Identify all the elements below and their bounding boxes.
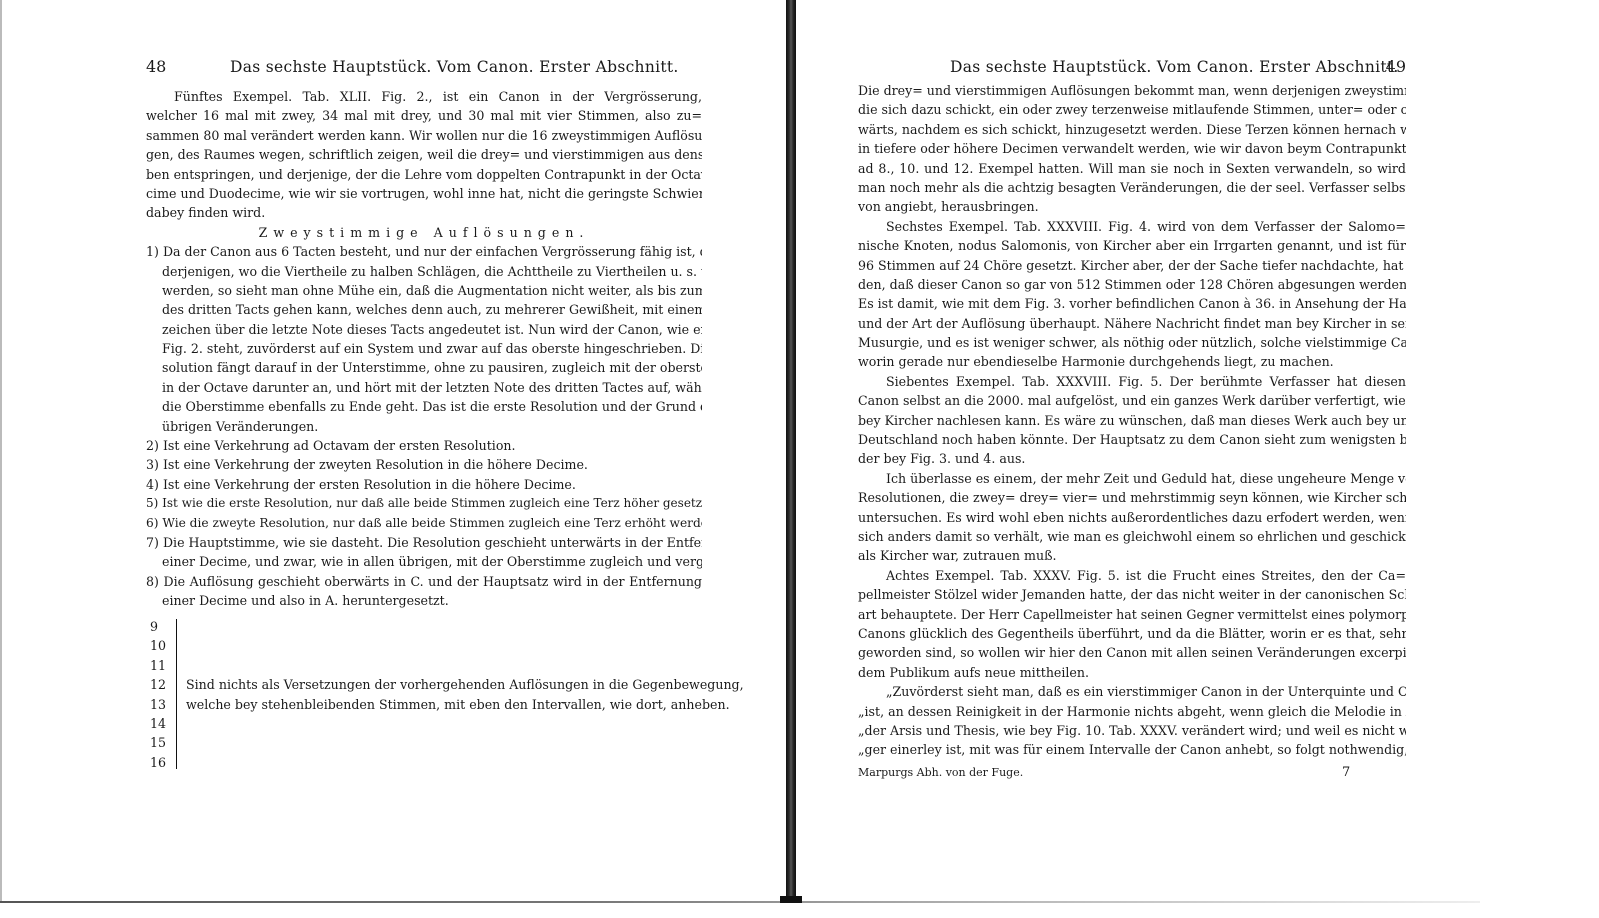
list-item-8: 8) Die Auflösung geschieht oberwärts in … — [146, 572, 702, 611]
text-line: geworden sind, so wollen wir hier den Ca… — [858, 643, 1406, 662]
text-line: wärts, nachdem es sich schickt, hinzuges… — [858, 120, 1406, 139]
text-line: Deutschland noch haben könnte. Der Haupt… — [858, 430, 1406, 449]
left-page-body: Fünftes Exempel. Tab. XLII. Fig. 2., ist… — [146, 87, 702, 611]
text-line: Sechstes Exempel. Tab. XXXVIII. Fig. 4. … — [858, 217, 1406, 236]
item-number: 9 — [150, 617, 158, 636]
item-number: 12 — [150, 675, 166, 694]
item-number: 4) — [146, 477, 159, 492]
text-line: „ger einerley ist, mit was für einem Int… — [858, 740, 1406, 759]
list-item-4: 4) Ist eine Verkehrung der ersten Resolu… — [146, 475, 702, 494]
paragraph-quote: „Zuvörderst sieht man, daß es ein vierst… — [858, 682, 1406, 760]
text-line: Fünftes Exempel. Tab. XLII. Fig. 2., ist… — [146, 87, 702, 106]
text-line: welche bey stehenbleibenden Stimmen, mit… — [186, 695, 730, 714]
text-line: nische Knoten, nodus Salomonis, von Kirc… — [858, 236, 1406, 255]
text-line: Canons glücklich des Gegentheils überfüh… — [858, 624, 1406, 643]
item-number: 7) — [146, 535, 159, 550]
text-line: ad 8., 10. und 12. Exempel hatten. Will … — [858, 159, 1406, 178]
item-number: 10 — [150, 636, 166, 655]
section-heading: Zweystimmige Auflösungen. — [146, 223, 702, 242]
list-item-3: 3) Ist eine Verkehrung der zweyten Resol… — [146, 455, 702, 474]
text-line: des dritten Tacts gehen kann, welches de… — [146, 300, 702, 319]
text-line: 5) Ist wie die erste Resolution, nur daß… — [146, 494, 702, 513]
text-line: Es ist damit, wie mit dem Fig. 3. vorher… — [858, 294, 1406, 313]
item-number: 13 — [150, 695, 166, 714]
text-line: sich anders damit so verhält, wie man es… — [858, 527, 1406, 546]
signature-mark: 7 — [1342, 764, 1350, 782]
text-line: Ich überlasse es einem, der mehr Zeit un… — [858, 469, 1406, 488]
text-line: bey Kircher nachlesen kann. Es wäre zu w… — [858, 411, 1406, 430]
item-number: 3) — [146, 457, 159, 472]
text-line: 6) Wie die zweyte Resolution, nur daß al… — [146, 514, 702, 533]
text-line: gen, des Raumes wegen, schriftlich zeige… — [146, 145, 702, 164]
text-line: werden, so sieht man ohne Mühe ein, daß … — [146, 281, 702, 300]
text-line: „Zuvörderst sieht man, daß es ein vierst… — [858, 682, 1406, 701]
running-head-title: Das sechste Hauptstück. Vom Canon. Erste… — [230, 56, 679, 78]
text-line: von angiebt, herausbringen. — [858, 197, 1406, 216]
running-head-left: 48 Das sechste Hauptstück. Vom Canon. Er… — [146, 56, 702, 78]
text-line: Resolutionen, die zwey= drey= vier= und … — [858, 488, 1406, 507]
signature-line: Marpurgs Abh. von der Fuge. — [858, 764, 1023, 782]
text-line: ben entspringen, und derjenige, der die … — [146, 165, 702, 184]
text-line: worin gerade nur ebendieselbe Harmonie d… — [858, 352, 1406, 371]
text-line: die sich dazu schickt, ein oder zwey ter… — [858, 100, 1406, 119]
text-line: 96 Stimmen auf 24 Chöre gesetzt. Kircher… — [858, 256, 1406, 275]
text-line: pellmeister Stölzel wider Jemanden hatte… — [858, 585, 1406, 604]
item-number: 16 — [150, 753, 166, 772]
text-line: Achtes Exempel. Tab. XXXV. Fig. 5. ist d… — [858, 566, 1406, 585]
running-head-right: Das sechste Hauptstück. Vom Canon. Erste… — [858, 56, 1406, 78]
list-item-6: 6) Wie die zweyte Resolution, nur daß al… — [146, 514, 702, 533]
page-footer: Marpurgs Abh. von der Fuge. 7 — [858, 764, 1406, 782]
paragraph: Achtes Exempel. Tab. XXXV. Fig. 5. ist d… — [858, 566, 1406, 682]
text-line: 3) Ist eine Verkehrung der zweyten Resol… — [146, 455, 702, 474]
item-number: 15 — [150, 733, 166, 752]
text-line: und der Art der Auflösung überhaupt. Näh… — [858, 314, 1406, 333]
list-item-1: 1) Da der Canon aus 6 Tacten besteht, un… — [146, 242, 702, 436]
text-line: 4) Ist eine Verkehrung der ersten Resolu… — [146, 475, 702, 494]
right-page-body: Die drey= und vierstimmigen Auflösungen … — [858, 81, 1406, 760]
list-item-5: 5) Ist wie die erste Resolution, nur daß… — [146, 494, 702, 513]
text-line: derjenigen, wo die Viertheile zu halben … — [146, 262, 702, 281]
bracketed-items: 9 10 11 12 13 14 15 16 Sind nichts als V… — [146, 617, 702, 772]
item-number: 1) — [146, 244, 159, 259]
item-number: 2) — [146, 438, 159, 453]
text-line: dem Publikum aufs neue mittheilen. — [858, 663, 1406, 682]
text-line: einer Decime, und zwar, wie in allen übr… — [146, 552, 702, 571]
paragraph: Ich überlasse es einem, der mehr Zeit un… — [858, 469, 1406, 566]
text-line: einer Decime und also in A. heruntergese… — [146, 591, 702, 610]
text-line: art behauptete. Der Herr Capellmeister h… — [858, 605, 1406, 624]
curly-brace — [176, 619, 183, 769]
text-line: Die drey= und vierstimmigen Auflösungen … — [858, 81, 1406, 100]
item-number: 8) — [146, 574, 159, 589]
text-line: „ist, an dessen Reinigkeit in der Harmon… — [858, 702, 1406, 721]
item-number: 11 — [150, 656, 166, 675]
text-line: 7) Die Hauptstimme, wie sie dasteht. Die… — [146, 533, 702, 552]
running-head-title: Das sechste Hauptstück. Vom Canon. Erste… — [950, 56, 1399, 78]
text-line: der bey Fig. 3. und 4. aus. — [858, 449, 1406, 468]
text-line: die Oberstimme ebenfalls zu Ende geht. D… — [146, 397, 702, 416]
page-number: 48 — [146, 56, 166, 78]
text-line: 1) Da der Canon aus 6 Tacten besteht, un… — [146, 242, 702, 261]
text-line: den, daß dieser Canon so gar von 512 Sti… — [858, 275, 1406, 294]
text-line: dabey finden wird. — [146, 203, 702, 222]
page-number: 49 — [1386, 56, 1406, 78]
text-line: übrigen Veränderungen. — [146, 417, 702, 436]
text-line: cime und Duodecime, wie wir sie vortruge… — [146, 184, 702, 203]
list-item-2: 2) Ist eine Verkehrung ad Octavam der er… — [146, 436, 702, 455]
text-line: Siebentes Exempel. Tab. XXXVIII. Fig. 5.… — [858, 372, 1406, 391]
text-line: Sind nichts als Versetzungen der vorherg… — [186, 675, 744, 694]
text-line: Canon selbst an die 2000. mal aufgelöst,… — [858, 391, 1406, 410]
page-edge-bottom — [0, 901, 1480, 903]
text-line: untersuchen. Es wird wohl eben nichts au… — [858, 508, 1406, 527]
text-line: welcher 16 mal mit zwey, 34 mal mit drey… — [146, 106, 702, 125]
text-line: solution fängt darauf in der Unterstimme… — [146, 358, 702, 377]
text-line: in tiefere oder höhere Decimen verwandel… — [858, 139, 1406, 158]
book-gutter — [786, 0, 796, 903]
paragraph: Siebentes Exempel. Tab. XXXVIII. Fig. 5.… — [858, 372, 1406, 469]
text-line: „der Arsis und Thesis, wie bey Fig. 10. … — [858, 721, 1406, 740]
book-spread: 48 Das sechste Hauptstück. Vom Canon. Er… — [0, 0, 1599, 918]
page-edge-left — [0, 0, 2, 903]
paragraph: Sechstes Exempel. Tab. XXXVIII. Fig. 4. … — [858, 217, 1406, 372]
item-number: 6) — [146, 516, 159, 530]
text-line: 2) Ist eine Verkehrung ad Octavam der er… — [146, 436, 702, 455]
paragraph: Die drey= und vierstimmigen Auflösungen … — [858, 81, 1406, 217]
book-gutter-foot — [780, 896, 802, 903]
text-line: als Kircher war, zutrauen muß. — [858, 546, 1406, 565]
text-line: in der Octave darunter an, und hört mit … — [146, 378, 702, 397]
text-line: zeichen über die letzte Note dieses Tact… — [146, 320, 702, 339]
left-page: 48 Das sechste Hauptstück. Vom Canon. Er… — [146, 0, 702, 900]
list-item-7: 7) Die Hauptstimme, wie sie dasteht. Die… — [146, 533, 702, 572]
text-line: Musurgie, und es ist weniger schwer, als… — [858, 333, 1406, 352]
text-line: sammen 80 mal verändert werden kann. Wir… — [146, 126, 702, 145]
text-line: 8) Die Auflösung geschieht oberwärts in … — [146, 572, 702, 591]
item-number: 5) — [146, 496, 158, 510]
item-number: 14 — [150, 714, 166, 733]
text-line: man noch mehr als die achtzig besagten V… — [858, 178, 1406, 197]
text-line: Fig. 2. steht, zuvörderst auf ein System… — [146, 339, 702, 358]
right-page: Das sechste Hauptstück. Vom Canon. Erste… — [858, 0, 1406, 900]
